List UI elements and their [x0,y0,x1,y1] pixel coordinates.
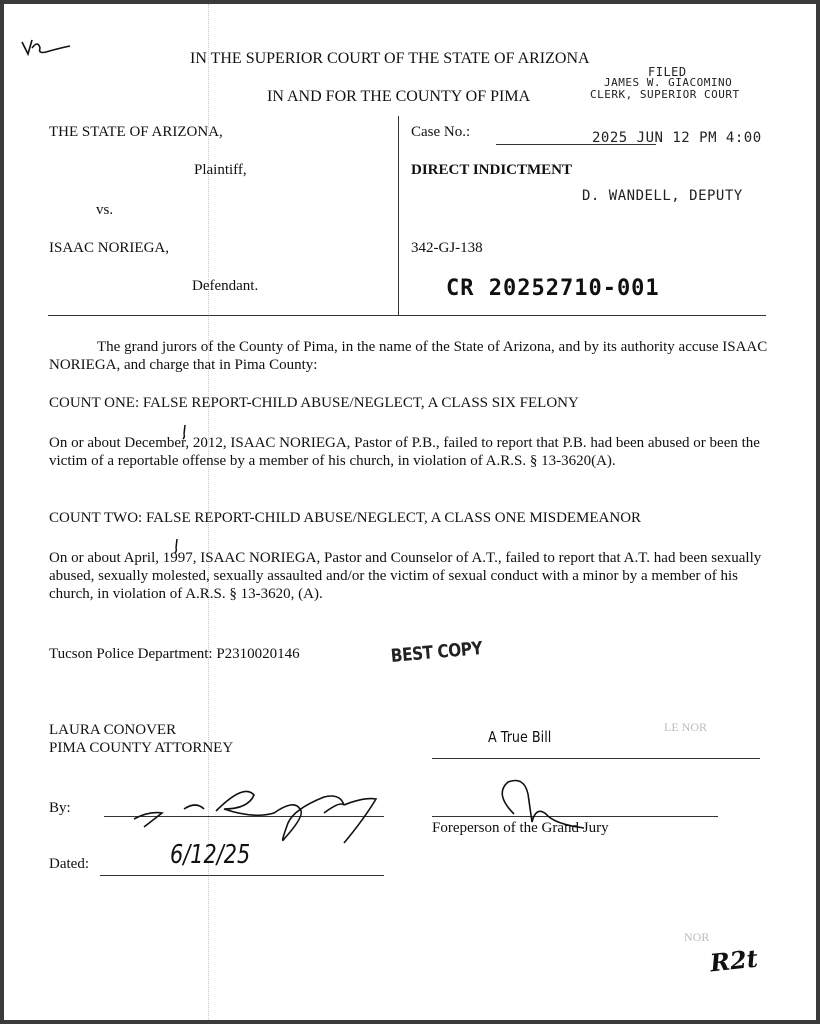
bleed-through-text: LE NOR [664,720,707,735]
plaintiff-name: THE STATE OF ARIZONA, [49,124,223,141]
attorney-signature-icon [104,779,394,849]
count-one-text: On or about December, 2012, ISAAC NORIEG… [49,434,769,470]
true-bill-line [432,758,760,759]
case-number-line [496,144,656,145]
handwritten-initials-icon [18,34,78,62]
best-copy-stamp: BEST COPY [390,638,483,667]
indictment-intro: The grand jurors of the County of Pima, … [49,338,774,374]
true-bill-label: A True Bill [488,728,551,746]
plaintiff-role: Plaintiff, [194,162,247,179]
caption-bottom-rule [48,315,766,316]
case-number-label: Case No.: [411,124,470,141]
court-county: IN AND FOR THE COUNTY OF PIMA [267,88,530,106]
indictment-page: IN THE SUPERIOR COURT OF THE STATE OF AR… [4,4,816,1020]
handwritten-insertion-mark-icon [172,538,182,554]
grand-jury-number: 342-GJ-138 [411,240,483,257]
defendant-name: ISAAC NORIEGA, [49,240,169,257]
attorney-name: LAURA CONOVER [49,722,176,739]
foreperson-label: Foreperson of the Grand Jury [432,820,609,837]
versus-label: vs. [96,202,113,219]
count-two-title: COUNT TWO: FALSE REPORT-CHILD ABUSE/NEGL… [49,510,641,527]
dated-line [100,875,384,876]
document-type: DIRECT INDICTMENT [411,162,572,179]
corner-handwritten-mark: R2t [709,944,760,978]
dated-value: 6/12/25 [170,840,250,870]
filed-stamp-line3: CLERK, SUPERIOR COURT [590,88,740,101]
court-title: IN THE SUPERIOR COURT OF THE STATE OF AR… [190,50,590,68]
attorney-title: PIMA COUNTY ATTORNEY [49,740,233,757]
deputy-stamp: D. WANDELL, DEPUTY [582,188,743,204]
police-reference: Tucson Police Department: P2310020146 [49,646,300,663]
count-two-text: On or about April, 1997, ISAAC NORIEGA, … [49,549,779,603]
caption-divider [398,116,399,316]
bleed-through-text: NOR [684,930,709,945]
handwritten-insertion-mark-icon [180,424,190,440]
by-label: By: [49,800,71,817]
dated-label: Dated: [49,856,89,873]
defendant-role: Defendant. [192,278,258,295]
cr-case-number: CR 20252710-001 [446,276,660,301]
count-one-title: COUNT ONE: FALSE REPORT-CHILD ABUSE/NEGL… [49,395,579,412]
